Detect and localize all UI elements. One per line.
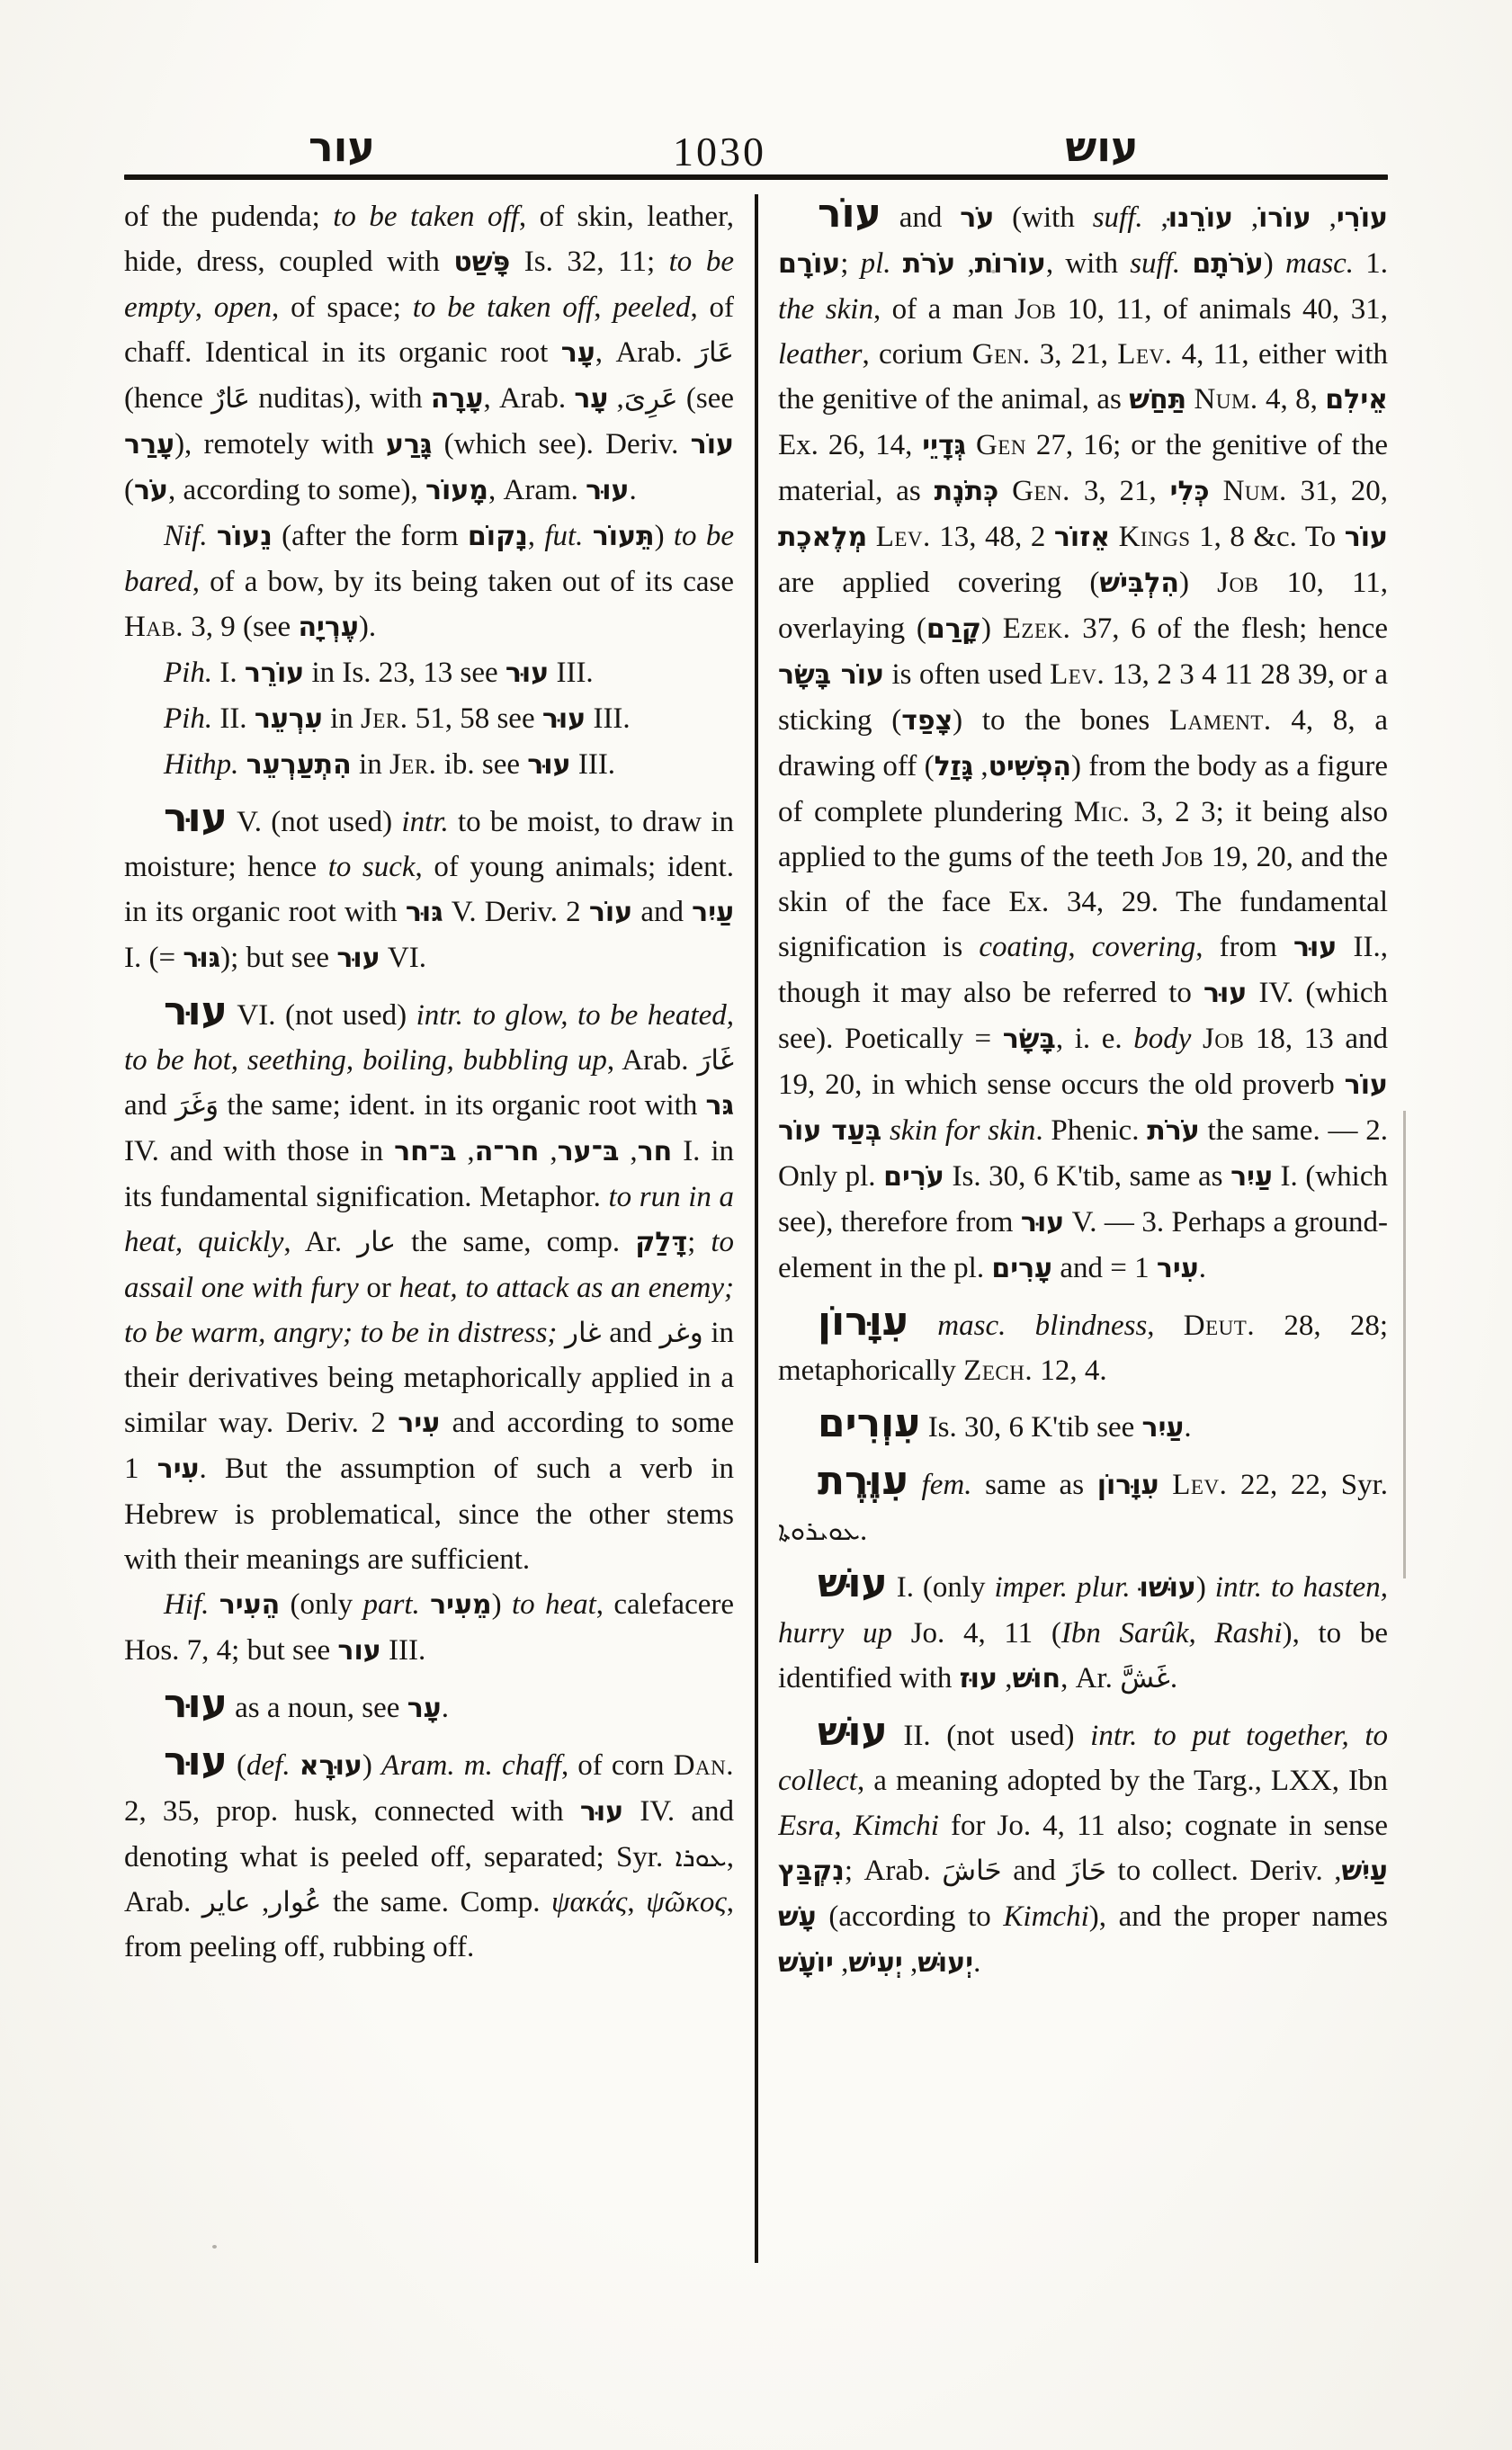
text-run bbox=[1143, 201, 1161, 234]
hebrew-word: עֹרֹתָם bbox=[1192, 248, 1263, 280]
text-run: . bbox=[860, 1515, 867, 1547]
entry-paragraph: עִוָּרוֹן masc. blindness, Deut. 28, 28;… bbox=[778, 1302, 1388, 1393]
hebrew-word: עוּר bbox=[336, 943, 380, 974]
italic-run: intr. bbox=[401, 806, 448, 838]
hebrew-word: עוֹרוֹת bbox=[975, 248, 1046, 280]
entry-paragraph: עוּר VI. (not used) intr. to glow, to be… bbox=[124, 992, 734, 1582]
text-run: to collect. Deriv. bbox=[1106, 1855, 1334, 1887]
hebrew-word: עוּז bbox=[960, 1663, 998, 1694]
hebrew-word: עוֹר bbox=[589, 897, 632, 928]
italic-run: covering bbox=[1092, 931, 1195, 963]
hebrew-word: תֵּעוֹר bbox=[593, 521, 655, 552]
hebrew-word: כְּלִי bbox=[1170, 476, 1210, 507]
text-run: , bbox=[250, 1886, 269, 1918]
smallcaps-run: Num. bbox=[1223, 475, 1287, 507]
hebrew-word: נָקוֹם bbox=[468, 521, 528, 552]
text-run: , Ar. bbox=[283, 1226, 357, 1258]
text-run bbox=[1159, 1469, 1173, 1501]
text-run: and bbox=[1002, 1855, 1068, 1887]
text-run: ), remotely with bbox=[174, 428, 386, 460]
entry-paragraph: עוּר (def. עוּרָא) Aram. m. chaff, of co… bbox=[124, 1742, 734, 1970]
hebrew-word: קָרַם bbox=[926, 613, 981, 645]
arabic-word: عُوار bbox=[269, 1886, 321, 1918]
arabic-word: غار bbox=[565, 1317, 602, 1349]
syriac-word: ܥܘܝܪܘܬܐ bbox=[778, 1516, 860, 1546]
text-run: 3, 21, bbox=[1031, 338, 1118, 371]
smallcaps-run: Lev. bbox=[1117, 338, 1172, 371]
hebrew-word: עִיר bbox=[1157, 1253, 1199, 1284]
text-run: is often used bbox=[884, 658, 1050, 691]
hebrew-word: עוּרָא bbox=[300, 1750, 362, 1782]
text-run: ) bbox=[1196, 1571, 1215, 1604]
arabic-word: حَازَ bbox=[1067, 1855, 1106, 1887]
hebrew-word: עוּר bbox=[527, 749, 570, 781]
arabic-word: وغر bbox=[659, 1317, 702, 1349]
hebrew-word: אֵילִם bbox=[1325, 384, 1388, 416]
text-run: . bbox=[1184, 1411, 1191, 1444]
italic-run: Hif. bbox=[164, 1588, 209, 1621]
italic-run: open bbox=[214, 291, 272, 324]
text-block: עור 1030 עוש of the pudenda; to be taken… bbox=[124, 95, 1388, 2263]
text-run: (see bbox=[678, 382, 734, 415]
hebrew-word: מָעוֹר bbox=[425, 475, 488, 506]
text-run: , bbox=[973, 750, 989, 782]
smallcaps-run: Zech. bbox=[963, 1355, 1033, 1387]
hebrew-word: עוֹר בָּשָׂר bbox=[778, 659, 884, 691]
text-run: , with bbox=[1046, 247, 1130, 280]
text-run: I. bbox=[212, 657, 245, 689]
hebrew-word: עוּר bbox=[1293, 932, 1337, 963]
smallcaps-run: Hab. bbox=[124, 611, 183, 643]
text-run: III. bbox=[571, 748, 615, 781]
hebrew-word: בָּשָׂר bbox=[1003, 1024, 1056, 1055]
hebrew-word: יוֹעָשׁ bbox=[778, 1947, 834, 1979]
text-run: , according to some), bbox=[168, 474, 425, 506]
text-run: , bbox=[834, 1946, 849, 1979]
text-run: and = bbox=[1052, 1252, 1134, 1284]
smallcaps-run: Job bbox=[1015, 293, 1056, 326]
text-run: , of corn bbox=[561, 1749, 674, 1782]
italic-run: body bbox=[1133, 1023, 1191, 1055]
italic-run: Esra bbox=[778, 1810, 834, 1842]
hebrew-word: עָשׁ bbox=[778, 1901, 817, 1933]
hebrew-word: עִרְעֵר bbox=[255, 703, 323, 735]
greek-word: ψακάς bbox=[551, 1886, 627, 1918]
hebrew-word: עַיִר bbox=[1142, 1412, 1185, 1444]
text-run: II. (not used) bbox=[888, 1720, 1090, 1752]
hebrew-word: נִקְבַּץ bbox=[778, 1855, 845, 1887]
italic-run: peeled bbox=[613, 291, 690, 324]
hebrew-word: הֵעִיר bbox=[219, 1589, 280, 1621]
text-run bbox=[1131, 1571, 1140, 1604]
text-run: , bbox=[1160, 201, 1168, 234]
text-run: (after the form bbox=[273, 520, 468, 552]
text-run: 22, 22, Syr. bbox=[1227, 1469, 1388, 1501]
hebrew-word: עִיר bbox=[398, 1408, 440, 1439]
text-run: ) bbox=[981, 612, 1003, 645]
hebrew-word: בּ־ער bbox=[558, 1136, 620, 1167]
text-run: in bbox=[323, 702, 361, 735]
text-run bbox=[891, 247, 903, 280]
text-run bbox=[420, 1588, 430, 1621]
smallcaps-run: Dan. bbox=[674, 1749, 734, 1782]
paragraph: of the pudenda; to be taken off, of skin… bbox=[124, 194, 734, 514]
text-run: ( bbox=[124, 474, 134, 506]
right-column: עוֹר and עֹר (with suff. עוֹרִי, עוֹרוֹ,… bbox=[778, 194, 1388, 2263]
hebrew-word: יְעוּשׁ bbox=[917, 1947, 973, 1979]
smallcaps-run: Gen bbox=[976, 429, 1026, 461]
text-run: (which see). Deriv. bbox=[432, 428, 690, 460]
text-run: or bbox=[359, 1272, 399, 1304]
left-column: of the pudenda; to be taken off, of skin… bbox=[124, 194, 734, 2263]
text-run: , bbox=[608, 382, 623, 415]
arabic-word: غَارَ bbox=[697, 1044, 734, 1077]
text-run: ib. see bbox=[436, 748, 527, 781]
scan-artifact-speck bbox=[991, 270, 996, 273]
text-run: for Jo. 4, 11 also; cognate in sense bbox=[939, 1810, 1388, 1842]
hebrew-word: עֶרְיָה bbox=[298, 612, 358, 643]
text-run: 2, 35, prop. husk, connected with bbox=[124, 1795, 580, 1828]
text-run: , of a man bbox=[873, 293, 1015, 326]
hebrew-word: דָּלַק bbox=[635, 1227, 687, 1258]
text-run bbox=[1186, 383, 1194, 416]
text-run: III. bbox=[549, 657, 593, 689]
hebrew-word: עוּר bbox=[1021, 1207, 1064, 1238]
italic-run: Ibn Sarûk, Rashi bbox=[1061, 1617, 1283, 1650]
text-run: the same. Comp. bbox=[321, 1886, 551, 1918]
text-run: , Ar. bbox=[1060, 1662, 1120, 1694]
entry-paragraph: עוּשׁ II. (not used) intr. to put togeth… bbox=[778, 1712, 1388, 1986]
text-run bbox=[966, 429, 976, 461]
italic-run: intr. bbox=[1215, 1571, 1262, 1604]
paragraph: עוֹר and עֹר (with suff. עוֹרִי, עוֹרוֹ,… bbox=[778, 194, 1388, 1292]
text-run: ); but see bbox=[220, 942, 336, 974]
text-run: 1, 8 &c. To bbox=[1191, 521, 1345, 553]
hebrew-headword: עוּר bbox=[164, 1681, 228, 1727]
arabic-word: حَاشَ bbox=[942, 1855, 1001, 1887]
text-run: in bbox=[352, 748, 389, 781]
hebrew-word: גּוּר bbox=[183, 943, 220, 974]
header-keyword-right: עוש bbox=[1065, 126, 1138, 167]
italic-run: to be taken off bbox=[413, 291, 595, 324]
text-run: , bbox=[627, 1886, 646, 1918]
page-number: 1030 bbox=[673, 131, 766, 173]
italic-run: pl. bbox=[861, 247, 891, 280]
hebrew-word: עַיִשׁ bbox=[1341, 1855, 1388, 1887]
text-run: , a meaning adopted by the Targ., LXX, I… bbox=[857, 1765, 1388, 1797]
text-run: ; Arab. bbox=[845, 1855, 942, 1887]
hebrew-word: צָפַד bbox=[901, 705, 953, 737]
text-run bbox=[908, 1469, 922, 1501]
hebrew-word: עָר bbox=[574, 383, 608, 415]
hebrew-word: כְּתֹנֶת bbox=[935, 476, 999, 507]
italic-run: Kimchi bbox=[854, 1810, 939, 1842]
hebrew-headword: עוֹר bbox=[818, 194, 881, 237]
text-run: 1. bbox=[1354, 247, 1388, 280]
entry-paragraph: עִוְרִים Is. 30, 6 K'tib see עַיִר. bbox=[778, 1404, 1388, 1451]
text-run: , bbox=[903, 1946, 918, 1979]
text-run: 10, 11, of animals 40, 31, bbox=[1056, 293, 1388, 326]
columns: of the pudenda; to be taken off, of skin… bbox=[124, 194, 1388, 2263]
text-run bbox=[238, 748, 246, 781]
text-run: III. bbox=[586, 702, 630, 735]
text-run bbox=[998, 475, 1012, 507]
hebrew-word: עִיר bbox=[157, 1453, 200, 1485]
italic-run: suff. bbox=[1093, 201, 1143, 234]
smallcaps-run: Gen. bbox=[1012, 475, 1070, 507]
text-run: 3, 9 (see bbox=[183, 611, 298, 643]
text-run: , bbox=[195, 291, 214, 324]
text-run: ) bbox=[492, 1588, 512, 1621]
hebrew-word: עוּר bbox=[580, 1796, 623, 1828]
text-run: and bbox=[124, 1089, 175, 1122]
text-run bbox=[1210, 475, 1223, 507]
hebrew-headword: עִוֶּרֶת bbox=[818, 1458, 908, 1504]
hebrew-word: עַיִר bbox=[1230, 1161, 1273, 1193]
text-run: the same, comp. bbox=[396, 1226, 635, 1258]
hebrew-word: עָר bbox=[407, 1693, 442, 1724]
text-run bbox=[208, 520, 217, 552]
hebrew-word: עֹר bbox=[960, 202, 994, 234]
smallcaps-run: Job bbox=[1217, 567, 1258, 599]
smallcaps-run: Job bbox=[1162, 841, 1203, 873]
hebrew-word: עור bbox=[337, 1635, 380, 1667]
italic-run: to be taken off bbox=[333, 201, 519, 233]
hebrew-word: חר bbox=[638, 1136, 673, 1167]
scan-artifact-speck bbox=[212, 2245, 217, 2249]
text-run: Jo. 4, 11 ( bbox=[892, 1617, 1061, 1650]
hebrew-word: עָר bbox=[561, 337, 595, 369]
text-run: , bbox=[619, 1135, 637, 1167]
text-run: , bbox=[998, 1662, 1013, 1694]
syriac-word: ܥܘܪܐ bbox=[675, 1842, 726, 1873]
text-run: 31, 20, bbox=[1287, 475, 1388, 507]
text-run: , bbox=[1147, 1310, 1184, 1342]
text-run bbox=[881, 1114, 890, 1147]
smallcaps-run: Mic. bbox=[1074, 796, 1131, 828]
text-run: , bbox=[594, 291, 613, 324]
hebrew-word: עָרַר bbox=[124, 429, 174, 460]
text-run: 13, 48, bbox=[931, 521, 1031, 553]
text-run: , bbox=[1068, 931, 1091, 963]
hebrew-word: עָרָה bbox=[431, 383, 484, 415]
paragraph: Pih. II. עִרְעֵר in Jer. 51, 58 see עוּר… bbox=[124, 696, 734, 742]
hebrew-headword: עוּשׁ bbox=[818, 1709, 888, 1755]
text-run: ) to the bones bbox=[953, 704, 1169, 737]
hebrew-headword: עִוְרִים bbox=[818, 1400, 920, 1446]
hebrew-word: חוּשׁ bbox=[1012, 1663, 1060, 1694]
text-run: , bbox=[955, 247, 974, 280]
hebrew-word: עֹר bbox=[134, 475, 168, 506]
hebrew-word: עוּר bbox=[586, 475, 629, 506]
entry-paragraph: עִוֶּרֶת fem. same as עִוָּרוֹן Lev. 22,… bbox=[778, 1462, 1388, 1553]
hebrew-word: עִוָּרוֹן bbox=[1097, 1470, 1159, 1501]
hebrew-word: נֵעוֹר bbox=[217, 521, 273, 552]
italic-run: Nif. bbox=[164, 520, 208, 552]
text-run: ) bbox=[1264, 247, 1285, 280]
italic-run: Aram. m. chaff bbox=[381, 1749, 561, 1782]
text-run: , Arab. bbox=[595, 336, 695, 369]
hebrew-word: מֵעִיר bbox=[430, 1589, 492, 1621]
text-run: , bbox=[539, 1135, 557, 1167]
hebrew-word: עֹרִים bbox=[883, 1161, 944, 1193]
hebrew-word: עוֹר bbox=[691, 429, 734, 460]
text-run: , from bbox=[1195, 931, 1293, 963]
text-run bbox=[291, 1749, 300, 1782]
hebrew-headword: עוּר bbox=[164, 1739, 228, 1784]
italic-run: Pih. bbox=[164, 657, 212, 689]
italic-run: Pih. bbox=[164, 702, 212, 735]
italic-run: coating bbox=[979, 931, 1068, 963]
hebrew-headword: עוּשׁ bbox=[818, 1560, 888, 1606]
smallcaps-run: Gen. bbox=[972, 338, 1031, 371]
smallcaps-run: Lament. bbox=[1169, 704, 1272, 737]
text-run: , Aram. bbox=[488, 474, 586, 506]
text-run: , bbox=[528, 520, 545, 552]
entry-paragraph: עוּר as a noun, see עָר. bbox=[124, 1685, 734, 1731]
text-run: , of space; bbox=[272, 291, 413, 324]
italic-run: Kimchi bbox=[1003, 1900, 1088, 1933]
hebrew-word: עֹרֹת bbox=[903, 248, 956, 280]
paragraph: Hithp. הִתְעַרְעֵר in Jer. ib. see עוּר … bbox=[124, 742, 734, 788]
hebrew-word: אֵזוֹר bbox=[1054, 522, 1110, 553]
text-run: ( bbox=[228, 1749, 246, 1782]
column-divider bbox=[755, 194, 758, 2263]
text-run: in Is. 23, 13 see bbox=[304, 657, 505, 689]
arabic-word: عَارَ bbox=[695, 336, 734, 369]
text-run: ) bbox=[362, 1749, 381, 1782]
text-run: 4, 8, bbox=[1258, 383, 1326, 416]
greek-word: ψῶκος bbox=[646, 1886, 727, 1918]
smallcaps-run: Ezek. bbox=[1003, 612, 1071, 645]
text-run: , of a bow, by its being taken out of it… bbox=[192, 566, 734, 598]
italic-run: def. bbox=[246, 1749, 291, 1782]
smallcaps-run: Kings bbox=[1119, 521, 1191, 553]
text-run: , bbox=[457, 1135, 475, 1167]
text-run bbox=[867, 521, 876, 553]
italic-run: Hithp. bbox=[164, 748, 238, 781]
paragraph: Nif. נֵעוֹר (after the form נָקוֹם, fut.… bbox=[124, 514, 734, 650]
text-run: , Arab. bbox=[484, 382, 575, 415]
text-run: , i. e. bbox=[1056, 1023, 1133, 1055]
arabic-word: عاير bbox=[202, 1886, 251, 1918]
smallcaps-run: Lev. bbox=[876, 521, 931, 553]
hebrew-word: עוּר bbox=[1203, 978, 1247, 1009]
hebrew-word: עוֹרָם bbox=[778, 248, 840, 280]
italic-run: masc. bbox=[1285, 247, 1354, 280]
text-run: V. (not used) bbox=[228, 806, 402, 838]
text-run: VI. bbox=[380, 942, 426, 974]
smallcaps-run: Jer. bbox=[361, 702, 407, 735]
paragraph: Pih. I. עוֹרֵר in Is. 23, 13 see עוּר II… bbox=[124, 650, 734, 696]
text-run bbox=[209, 1588, 219, 1621]
hebrew-word: גּר bbox=[706, 1090, 734, 1122]
text-run: Is. 32, 11; bbox=[510, 246, 668, 278]
hebrew-word: תַּחַשׁ bbox=[1129, 384, 1186, 416]
text-run: . bbox=[1170, 1662, 1177, 1694]
text-run: , bbox=[1311, 201, 1337, 234]
text-run bbox=[1180, 247, 1192, 280]
arabic-word: عَرِىَ bbox=[624, 382, 678, 415]
text-run: ) bbox=[655, 520, 674, 552]
text-run: I. (= bbox=[124, 942, 183, 974]
text-run: . bbox=[973, 1946, 980, 1979]
text-run: same as bbox=[971, 1469, 1096, 1501]
arabic-word: غَشَّ bbox=[1120, 1662, 1170, 1694]
hebrew-word: עוּר bbox=[505, 657, 549, 689]
page-header: עור 1030 עוש bbox=[124, 95, 1388, 174]
text-run: ) bbox=[1179, 567, 1217, 599]
arabic-word: وَغَرَ bbox=[175, 1089, 219, 1122]
hebrew-headword: עוּר bbox=[164, 988, 228, 1034]
smallcaps-run: Jer. bbox=[389, 748, 436, 781]
text-run: , bbox=[834, 1810, 853, 1842]
text-run: IV. and with those in bbox=[124, 1135, 394, 1167]
hebrew-word: בּ־חר bbox=[394, 1136, 456, 1167]
arabic-word: عار bbox=[357, 1226, 396, 1258]
text-run: Ex. 26, 14, bbox=[778, 429, 922, 461]
paragraph: Hif. הֵעִיר (only part. מֵעִיר) to heat,… bbox=[124, 1582, 734, 1674]
hebrew-word: גָּזַל bbox=[935, 751, 974, 782]
text-run: I. (only bbox=[888, 1571, 995, 1604]
text-run: (with bbox=[994, 201, 1092, 234]
text-run: V. Deriv. bbox=[443, 896, 567, 928]
text-run bbox=[1191, 1023, 1203, 1055]
italic-run: imper. plur. bbox=[994, 1571, 1130, 1604]
text-run: ; bbox=[687, 1226, 711, 1258]
text-run: 12, 4. bbox=[1033, 1355, 1107, 1387]
text-run: Is. 30, 6 K'tib see bbox=[920, 1411, 1141, 1444]
text-run: , bbox=[1233, 201, 1258, 234]
entry-paragraph: עוּשׁ I. (only imper. plur. עוּשׁוּ) int… bbox=[778, 1564, 1388, 1702]
hebrew-word: עוֹרוֹ bbox=[1258, 202, 1311, 234]
text-run bbox=[1262, 1571, 1271, 1604]
smallcaps-run: Num. bbox=[1194, 383, 1258, 416]
italic-run: skin for skin bbox=[890, 1114, 1035, 1147]
hebrew-word: עוּר bbox=[542, 703, 586, 735]
italic-run: leather bbox=[778, 338, 862, 371]
italic-run: fut. bbox=[544, 520, 583, 552]
hebrew-word: עוֹרִי bbox=[1337, 202, 1388, 234]
italic-run: masc. blindness bbox=[937, 1310, 1147, 1342]
smallcaps-run: Lev. bbox=[1050, 658, 1105, 691]
hebrew-word: גְּדָיֵי bbox=[922, 430, 966, 461]
text-run: VI. (not used) bbox=[228, 999, 416, 1032]
text-run: . Phenic. bbox=[1035, 1114, 1147, 1147]
hebrew-word: יְעִישׁ bbox=[848, 1947, 902, 1979]
text-run: Is. 30, 6 K'tib, same as bbox=[944, 1160, 1230, 1193]
hebrew-word: גָּרַע bbox=[386, 429, 432, 460]
hebrew-word: פָּשַׁט bbox=[453, 246, 510, 278]
text-run: . bbox=[630, 474, 637, 506]
smallcaps-run: Job bbox=[1203, 1023, 1244, 1055]
hebrew-word: עוּשׁוּ bbox=[1140, 1572, 1196, 1604]
text-run: ), and the proper names bbox=[1089, 1900, 1388, 1933]
italic-run: fem. bbox=[922, 1469, 972, 1501]
hebrew-word: עֹרֹת bbox=[1147, 1115, 1200, 1147]
text-run: 3, 21, bbox=[1070, 475, 1170, 507]
text-run bbox=[557, 1317, 565, 1349]
smallcaps-run: Lev. bbox=[1172, 1469, 1227, 1501]
scanned-page: { "header": { "left_keyword": "עור", "pa… bbox=[0, 0, 1512, 2450]
hebrew-word: הִתְעַרְעֵר bbox=[246, 749, 352, 781]
text-run: 1. But the assumption of such a verb in … bbox=[124, 1453, 734, 1576]
hebrew-headword: עִוָּרוֹן bbox=[818, 1299, 908, 1345]
text-run: , corium bbox=[862, 338, 971, 371]
header-rule bbox=[124, 174, 1388, 180]
text-run: as a noun, see bbox=[228, 1692, 407, 1724]
text-run: ). bbox=[359, 611, 376, 643]
